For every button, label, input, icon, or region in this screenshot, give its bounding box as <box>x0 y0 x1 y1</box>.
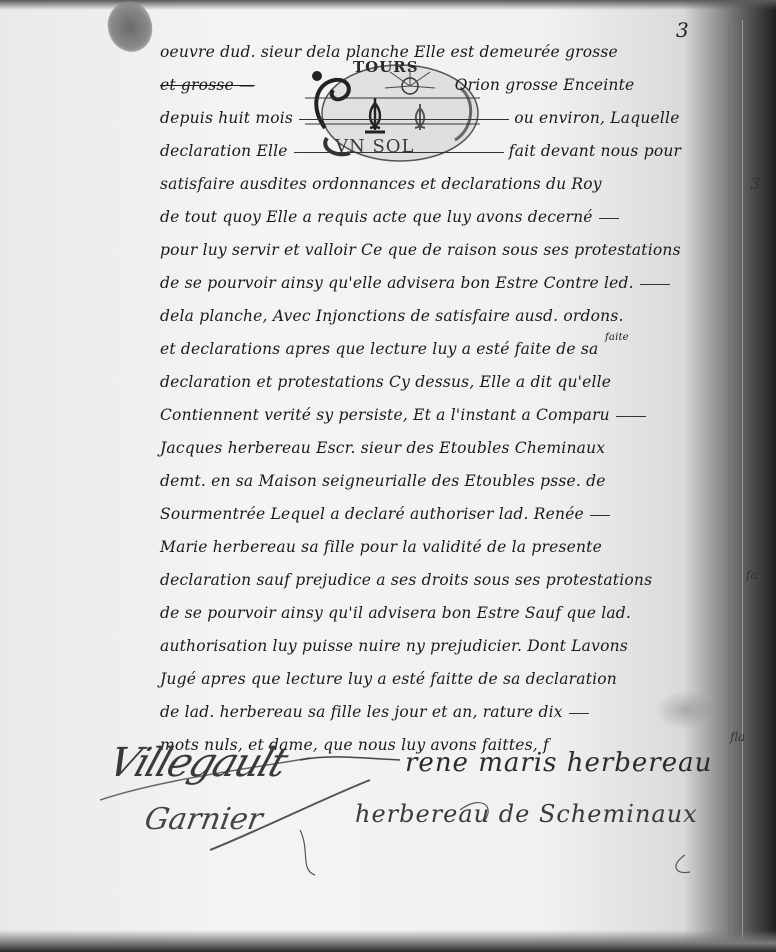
signature-villegault: Villegault <box>103 740 292 786</box>
line-text: declaration et protestations Cy dessus, … <box>160 373 611 391</box>
signature-rene-maris-herbereau: rene maris herbereau <box>405 748 712 778</box>
manuscript-line-7: pour luy servir et valloir Ce que de rai… <box>160 234 725 267</box>
line-text: pour luy servir et valloir Ce que de rai… <box>160 241 681 259</box>
filler-line <box>616 416 646 417</box>
line-text-right: ou environ, Laquelle <box>514 109 679 127</box>
line-text-right: fait devant nous pour <box>509 142 681 160</box>
line-text: declaration sauf prejudice a ses droits … <box>160 571 652 589</box>
line-text: Contiennent verité sy persiste, Et a l'i… <box>160 406 610 424</box>
manuscript-line-8: de se pourvoir ainsy qu'elle advisera bo… <box>160 267 725 300</box>
filler-line <box>299 119 509 120</box>
line-text: Marie herbereau sa fille pour la validit… <box>160 538 602 556</box>
manuscript-line-9: dela planche, Avec Injonctions de satisf… <box>160 300 725 333</box>
manuscript-line-13: Jacques herbereau Escr. sieur des Etoubl… <box>160 432 725 465</box>
interlinear-insertion: faite <box>605 321 629 354</box>
manuscript-line-11: declaration et protestations Cy dessus, … <box>160 366 725 399</box>
manuscript-line-4: declaration Elle fait devant nous pour <box>160 135 725 168</box>
scan-bottom-shadow <box>0 930 776 952</box>
manuscript-line-14: demt. en sa Maison seigneurialle des Eto… <box>160 465 725 498</box>
manuscript-line-6: de tout quoy Elle a requis acte que luy … <box>160 201 725 234</box>
line-text: et declarations apres que lecture luy a … <box>160 340 598 358</box>
margin-note-3: 3 <box>750 174 760 193</box>
manuscript-line-16: Marie herbereau sa fille pour la validit… <box>160 531 725 564</box>
line-text: et grosse — <box>160 76 255 94</box>
line-text: Sourmentrée Lequel a declaré authoriser … <box>160 505 584 523</box>
manuscript-line-12: Contiennent verité sy persiste, Et a l'i… <box>160 399 725 432</box>
filler-line <box>569 713 589 714</box>
manuscript-line-10: faiteet declarations apres que lecture l… <box>160 333 725 366</box>
margin-note-fa: fa <box>746 568 758 582</box>
filler-line <box>599 218 619 219</box>
manuscript-line-15: Sourmentrée Lequel a declaré authoriser … <box>160 498 725 531</box>
page-edge-line-inner <box>742 20 743 940</box>
line-text: de se pourvoir ainsy qu'il advisera bon … <box>160 604 631 622</box>
line-text-right: Orion grosse Enceinte <box>455 76 635 94</box>
margin-note-fla: fla <box>730 730 745 744</box>
line-text: dela planche, Avec Injonctions de satisf… <box>160 307 624 325</box>
manuscript-line-18: de se pourvoir ainsy qu'il advisera bon … <box>160 597 725 630</box>
manuscript-line-19: authorisation luy puisse nuire ny prejud… <box>160 630 725 663</box>
line-text: de se pourvoir ainsy qu'elle advisera bo… <box>160 274 634 292</box>
manuscript-line-5: satisfaire ausdites ordonnances et decla… <box>160 168 725 201</box>
line-text: satisfaire ausdites ordonnances et decla… <box>160 175 602 193</box>
line-text: declaration Elle <box>160 142 288 160</box>
line-text: depuis huit mois <box>160 109 293 127</box>
line-text: de lad. herbereau sa fille les jour et a… <box>160 703 563 721</box>
manuscript-line-2: et grosse —Orion grosse Enceinte <box>160 69 725 102</box>
manuscript-scan: 3 TOURS VN SOL oeuvre dud. sieu <box>0 0 776 952</box>
line-text: demt. en sa Maison seigneurialle des Eto… <box>160 472 606 490</box>
line-text: Jugé apres que lecture luy a esté faitte… <box>160 670 617 688</box>
filler-line <box>590 515 610 516</box>
manuscript-line-3: depuis huit mois ou environ, Laquelle <box>160 102 725 135</box>
line-text: oeuvre dud. sieur dela planche Elle est … <box>160 43 618 61</box>
manuscript-line-21: de lad. herbereau sa fille les jour et a… <box>160 696 725 729</box>
manuscript-line-1: oeuvre dud. sieur dela planche Elle est … <box>160 36 725 69</box>
ink-smudge <box>655 690 715 730</box>
manuscript-line-17: declaration sauf prejudice a ses droits … <box>160 564 725 597</box>
signature-block: Villegault rene maris herbereau Garnier … <box>100 740 740 880</box>
signature-garnier: Garnier <box>142 802 265 837</box>
line-text: de tout quoy Elle a requis acte que luy … <box>160 208 593 226</box>
filler-line <box>294 152 504 153</box>
line-text: authorisation luy puisse nuire ny prejud… <box>160 637 628 655</box>
manuscript-body: oeuvre dud. sieur dela planche Elle est … <box>160 36 725 762</box>
line-text: Jacques herbereau Escr. sieur des Etoubl… <box>160 439 605 457</box>
filler-line <box>640 284 670 285</box>
manuscript-line-20: Jugé apres que lecture luy a esté faitte… <box>160 663 725 696</box>
signature-herbereau-de-scheminaux: herbereau de Scheminaux <box>355 800 698 828</box>
